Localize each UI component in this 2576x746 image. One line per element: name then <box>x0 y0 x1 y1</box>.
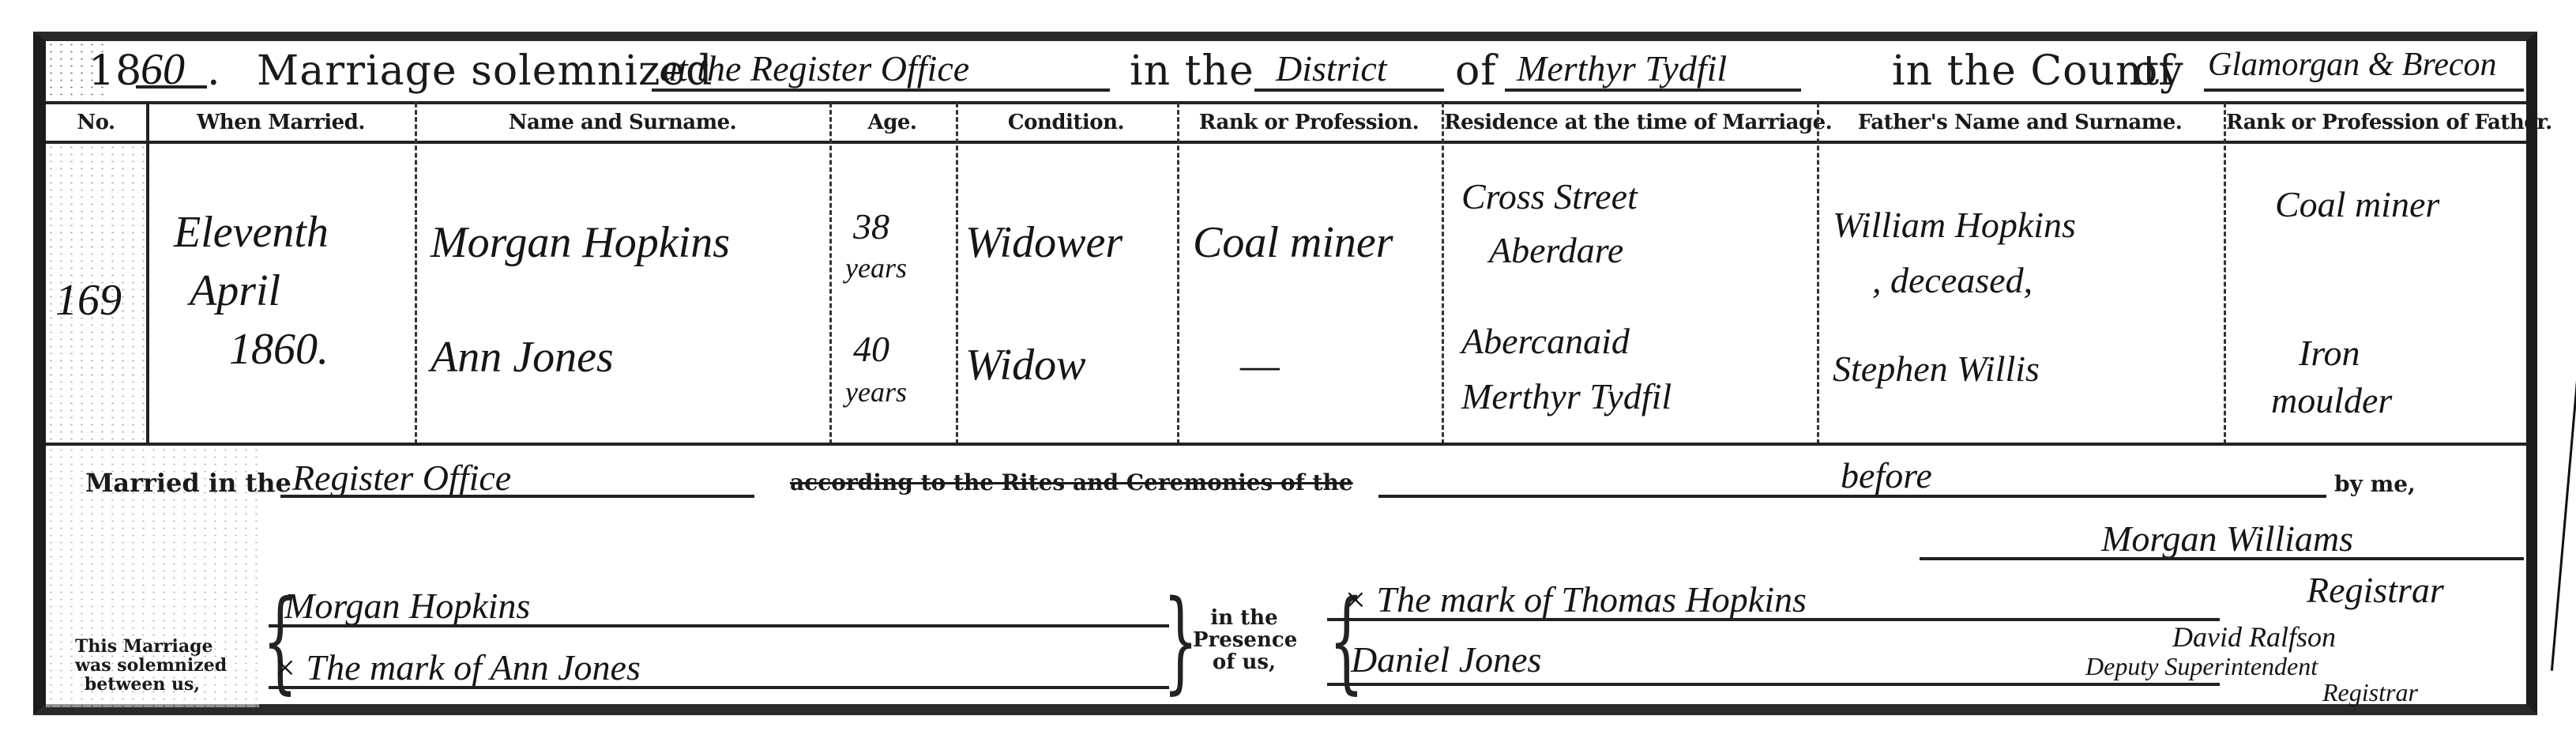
witness-1-underline <box>1327 618 2220 621</box>
deputy-registrar-title-line2: Registrar <box>2322 678 2418 707</box>
solemnized-label-line1: This Marriage <box>75 637 209 656</box>
bride-father-name: Stephen Willis <box>1833 348 2040 390</box>
groom-father-name: William Hopkins <box>1833 204 2076 246</box>
col-header-father-rank: Rank or Profession of Father. <box>2226 111 2525 134</box>
bride-age: 40 <box>853 328 889 370</box>
col-header-name: Name and Surname. <box>417 111 828 134</box>
groom-age-unit: years <box>845 251 907 284</box>
district-underline <box>1505 89 1801 92</box>
heading-place: at the Register Office <box>660 47 969 89</box>
deputy-registrar-title-line1: Deputy Superintendent <box>2085 652 2318 681</box>
presence-label-line2: Presence <box>1193 629 1296 651</box>
solemnized-label-line2: was solemnized <box>75 656 209 675</box>
county-of-label: of <box>2133 47 2175 95</box>
married-place: Register Office <box>292 457 511 499</box>
presence-label-line1: in the <box>1193 607 1296 629</box>
party-groom-underline <box>269 624 1169 627</box>
col-header-residence: Residence at the time of Marriage. <box>1444 111 1815 134</box>
col-sep-5 <box>1177 103 1179 444</box>
deputy-registrar-name: David Ralfson <box>2172 620 2336 654</box>
presence-label-line3: of us, <box>1193 651 1296 673</box>
groom-condition: Widower <box>965 217 1123 268</box>
by-me-label: by me, <box>2334 471 2416 497</box>
groom-name: Morgan Hopkins <box>431 217 730 268</box>
col-header-condition: Condition. <box>957 111 1175 134</box>
col-sep-4 <box>956 103 958 444</box>
col-header-rank: Rank or Profession. <box>1179 111 1439 134</box>
district-name: Merthyr Tydfil <box>1517 47 1727 89</box>
col-sep-6 <box>1442 103 1444 444</box>
county-name: Glamorgan & Brecon <box>2208 46 2497 84</box>
bride-father-rank-line2: moulder <box>2271 379 2392 421</box>
groom-rank: Coal miner <box>1193 217 1393 268</box>
witness-2-signature: Daniel Jones <box>1351 639 1541 680</box>
when-married-year: 1860. <box>229 324 329 375</box>
bride-name: Ann Jones <box>431 332 614 382</box>
entry-bottom-rule <box>46 443 2526 446</box>
groom-father-deceased: , deceased, <box>1872 259 2033 301</box>
year-period: . <box>207 47 221 95</box>
according-to-rites-label: according to the Rites and Ceremonies of… <box>790 469 1353 495</box>
rites-underline <box>1378 495 2326 498</box>
year-underline <box>136 85 207 89</box>
col-sep-3 <box>829 103 832 444</box>
registrar-signature: Morgan Williams <box>2101 518 2353 559</box>
header-bottom-rule <box>46 141 2526 144</box>
col-sep-2 <box>415 103 417 444</box>
col-header-number: No. <box>46 111 146 134</box>
col-header-when-married: When Married. <box>149 111 413 134</box>
place-underline <box>652 89 1110 92</box>
entry-number: 169 <box>55 275 122 326</box>
party-bride-underline <box>269 686 1169 689</box>
party-bride-signature: × The mark of Ann Jones <box>273 646 641 688</box>
bride-condition: Widow <box>965 340 1085 390</box>
groom-father-rank: Coal miner <box>2275 183 2439 225</box>
in-the-label: in the <box>1130 47 1254 95</box>
col-header-age: Age. <box>831 111 953 134</box>
bride-rank: — <box>1240 340 1280 390</box>
of-label: of <box>1455 47 1497 95</box>
rites-value: before <box>1841 454 1932 496</box>
registrar-underline <box>1920 557 2524 560</box>
groom-residence-street: Cross Street <box>1461 175 1638 217</box>
groom-age: 38 <box>853 205 889 247</box>
witness-2-underline <box>1327 683 2220 686</box>
district-label: District <box>1276 47 1387 89</box>
when-married-month: April <box>190 266 280 316</box>
bride-age-unit: years <box>845 375 907 409</box>
solemnized-label-line3: between us, <box>75 675 209 694</box>
col-sep-1 <box>146 103 149 444</box>
col-sep-7 <box>1817 103 1819 444</box>
married-place-underline <box>280 495 754 498</box>
year-prefix: 18 <box>88 47 142 95</box>
witness-1-signature: × The mark of Thomas Hopkins <box>1343 578 1807 620</box>
party-groom-signature: Morgan Hopkins <box>284 585 530 627</box>
district-label-underline <box>1254 89 1444 92</box>
col-header-father-name: Father's Name and Surname. <box>1818 111 2221 134</box>
registrar-title: Registrar <box>2307 569 2444 611</box>
married-in-the-label: Married in the <box>85 468 291 498</box>
bride-residence-town: Merthyr Tydfil <box>1461 375 1672 417</box>
bride-father-rank-line1: Iron <box>2299 332 2360 374</box>
heading-bottom-rule <box>46 101 2526 104</box>
bride-residence-village: Abercanaid <box>1461 320 1630 362</box>
marriage-solemnized-label: Marriage solemnized <box>257 47 713 95</box>
col-sep-8 <box>2224 103 2226 444</box>
groom-residence-town: Aberdare <box>1489 229 1623 271</box>
when-married-day: Eleventh <box>174 207 329 258</box>
county-underline <box>2204 89 2524 92</box>
scan-artifact-line <box>2551 371 2576 671</box>
